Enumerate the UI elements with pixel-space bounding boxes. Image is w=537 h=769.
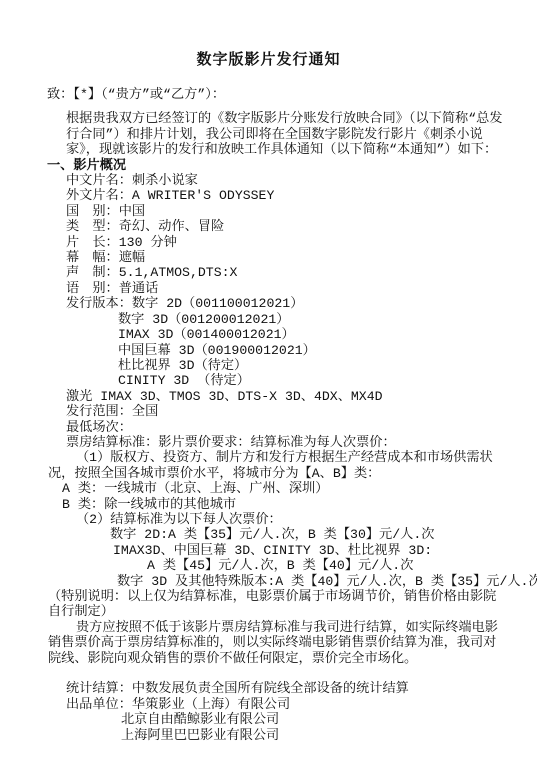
- text-line: 激光 IMAX 3D、TMOS 3D、DTS-X 3D、4DX、MX4D: [0, 389, 537, 404]
- text-line: 况，按照全国各城市票价水平，将城市分为【A、B】类：: [0, 466, 537, 481]
- text-line: 片 长：130 分钟: [0, 235, 537, 250]
- text-line: 一、影片概况: [0, 158, 537, 173]
- text-line: 统计结算：中数发展负责全国所有院线全部设备的统计结算: [0, 681, 537, 696]
- text-line: 致：【*】（“贵方”或“乙方”）：: [0, 87, 537, 102]
- text-line: B 类：除一线城市的其他城市: [0, 497, 537, 512]
- text-line: （2）结算标准为以下每人次票价：: [0, 512, 537, 527]
- text-line: 声 制：5.1,ATMOS,DTS:X: [0, 265, 537, 280]
- text-line: 票房结算标准：影片票价要求：结算标准为每人次票价：: [0, 435, 537, 450]
- document-page: 数字版影片发行通知 致：【*】（“贵方”或“乙方”）：根据贵我双方已经签订的《数…: [0, 0, 537, 769]
- text-line: （1）版权方、投资方、制片方和发行方根据生产经营成本和市场供需状: [0, 450, 537, 465]
- blank-line: [0, 666, 537, 681]
- text-line: 国 别：中国: [0, 204, 537, 219]
- text-line: 销售票价高于票房结算标准的，则以实际终端电影销售票价结算为准，我司对: [0, 635, 537, 650]
- text-line: 外文片名：A WRITER'S ODYSSEY: [0, 188, 537, 203]
- text-line: 中国巨幕 3D（001900012021）: [0, 343, 537, 358]
- text-line: 数字 2D:A 类【35】元/人.次，B 类【30】元/人.次: [0, 527, 537, 542]
- text-line: 类 型：奇幻、动作、冒险: [0, 219, 537, 234]
- text-line: 数字 3D 及其他特殊版本:A 类【40】元/人.次，B 类【35】元/人.次: [0, 574, 537, 589]
- text-line: 行合同”）和排片计划，我公司即将在全国数字影院发行影片《刺杀小说: [0, 127, 537, 142]
- text-line: 最低场次：: [0, 420, 537, 435]
- text-line: （特别说明：以上仅为结算标准，电影票价属于市场调节价，销售价格由影院: [0, 589, 537, 604]
- text-line: A 类：一线城市（北京、上海、广州、深圳）: [0, 481, 537, 496]
- text-line: IMAX 3D（001400012021）: [0, 327, 537, 342]
- text-line: 上海阿里巴巴影业有限公司: [0, 728, 537, 743]
- text-line: 数字 3D（001200012021）: [0, 312, 537, 327]
- text-line: 出品单位：华策影业（上海）有限公司: [0, 697, 537, 712]
- text-line: 根据贵我双方已经签订的《数字版影片分账发行放映合同》（以下简称“总发: [0, 111, 537, 126]
- text-line: 幕 幅：遮幅: [0, 250, 537, 265]
- text-line: A 类【45】元/人.次，B 类【40】元/人.次: [0, 558, 537, 573]
- text-line: 中文片名：刺杀小说家: [0, 173, 537, 188]
- text-line: IMAX3D、中国巨幕 3D、CINITY 3D、杜比视界 3D:: [0, 543, 537, 558]
- text-line: 北京自由酷鲸影业有限公司: [0, 712, 537, 727]
- text-line: 杜比视界 3D（待定）: [0, 358, 537, 373]
- text-line: 家》，现就该影片的发行和放映工作具体通知（以下简称“本通知”）如下：: [0, 142, 537, 157]
- text-line: 发行范围：全国: [0, 404, 537, 419]
- document-body: 致：【*】（“贵方”或“乙方”）：根据贵我双方已经签订的《数字版影片分账发行放映…: [0, 87, 537, 743]
- text-line: 语 别：普通话: [0, 281, 537, 296]
- text-line: 贵方应按照不低于该影片票房结算标准与我司进行结算，如实际终端电影: [0, 620, 537, 635]
- text-line: 自行制定）: [0, 604, 537, 619]
- text-line: 院线、影院向观众销售的票价不做任何限定，票价完全市场化。: [0, 651, 537, 666]
- text-line: 发行版本：数字 2D（001100012021）: [0, 296, 537, 311]
- document-title: 数字版影片发行通知: [0, 53, 537, 69]
- text-line: CINITY 3D （待定）: [0, 373, 537, 388]
